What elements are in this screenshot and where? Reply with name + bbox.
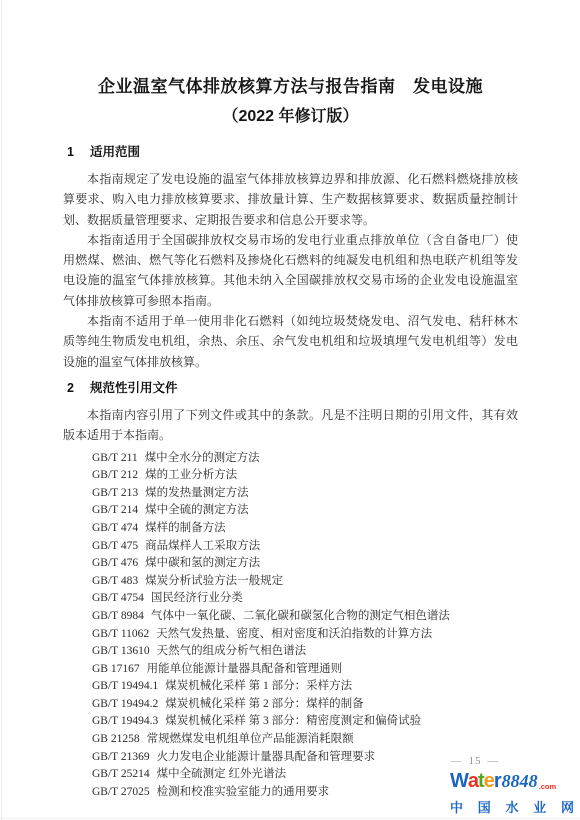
reference-code: GB/T 211	[92, 452, 138, 464]
reference-item: GB/T 11062天然气发热量、密度、相对密度和沃泊指数的计算方法	[92, 626, 518, 644]
page-number-dash-right: —	[488, 755, 500, 767]
reference-code: GB/T 476	[92, 557, 138, 569]
section-2-heading: 2 规范性引用文件	[63, 380, 518, 396]
logo-tld: .com	[539, 776, 557, 797]
section-1-paragraph-2: 本指南适用于全国碳排放权交易市场的发电行业重点排放单位（含自备电厂）使用燃煤、燃…	[63, 230, 518, 311]
logo-letter-r: r	[494, 771, 501, 792]
logo-tagline-char: 业	[533, 797, 546, 816]
reference-code: GB/T 8984	[92, 610, 144, 622]
page-number: —15—	[444, 755, 506, 767]
reference-title: 煤中全水分的测定方法	[145, 452, 260, 464]
reference-code: GB 21258	[92, 733, 140, 745]
reference-item: GB 21258常规燃煤发电机组单位产品能源消耗限额	[92, 731, 518, 749]
document-page: 企业温室气体排放核算方法与报告指南 发电设施 （2022 年修订版） 1 适用范…	[0, 0, 580, 820]
reference-code: GB/T 474	[92, 522, 138, 534]
reference-item: GB/T 211煤中全水分的测定方法	[92, 450, 518, 468]
reference-title: 煤的工业分析方法	[145, 469, 237, 481]
reference-title: 煤炭机械化采样 第 2 部分：煤样的制备	[165, 698, 363, 710]
reference-code: GB/T 11062	[92, 628, 149, 640]
logo-number: 8848	[502, 771, 538, 792]
reference-code: GB/T 27025	[92, 786, 150, 798]
reference-title: 天然气发热量、密度、相对密度和沃泊指数的计算方法	[156, 628, 432, 640]
document-content: 企业温室气体排放核算方法与报告指南 发电设施 （2022 年修订版） 1 适用范…	[63, 0, 518, 801]
logo-wordmark: Water8848.com	[450, 771, 574, 795]
reference-item: GB/T 4754国民经济行业分类	[92, 590, 518, 608]
reference-title: 煤的发热量测定方法	[145, 487, 249, 499]
document-subtitle: （2022 年修订版）	[63, 107, 518, 127]
reference-code: GB/T 475	[92, 540, 138, 552]
section-1-paragraph-3: 本指南不适用于单一使用非化石燃料（如纯垃圾焚烧发电、沼气发电、秸秆林木质等纯生物…	[63, 311, 518, 372]
reference-code: GB/T 4754	[92, 592, 144, 604]
reference-item: GB/T 483煤炭分析试验方法一般规定	[92, 573, 518, 591]
reference-item: GB/T 476煤中碳和氢的测定方法	[92, 555, 518, 573]
reference-item: GB/T 474煤样的制备方法	[92, 520, 518, 538]
reference-code: GB/T 19494.3	[92, 715, 158, 727]
logo-tagline-char: 国	[478, 797, 491, 816]
reference-item: GB/T 19494.2煤炭机械化采样 第 2 部分：煤样的制备	[92, 696, 518, 714]
reference-title: 检测和校准实验室能力的通用要求	[157, 786, 330, 798]
reference-title: 常规燃煤发电机组单位产品能源消耗限额	[147, 733, 354, 745]
section-2-paragraph-1: 本指南内容引用了下列文件或其中的条款。凡是不注明日期的引用文件，其有效版本适用于…	[63, 405, 518, 446]
reference-title: 煤中碳和氢的测定方法	[145, 557, 260, 569]
reference-item: GB/T 19494.1煤炭机械化采样 第 1 部分：采样方法	[92, 678, 518, 696]
page-number-value: 15	[469, 755, 482, 767]
reference-title: 煤炭机械化采样 第 1 部分：采样方法	[165, 680, 352, 692]
logo-tagline-char: 中	[450, 797, 463, 816]
reference-title: 煤样的制备方法	[145, 522, 226, 534]
reference-item: GB/T 475商品煤样人工采取方法	[92, 538, 518, 556]
reference-item: GB/T 213煤的发热量测定方法	[92, 485, 518, 503]
reference-item: GB/T 212煤的工业分析方法	[92, 467, 518, 485]
reference-item: GB/T 214煤中全硫的测定方法	[92, 502, 518, 520]
reference-code: GB/T 21369	[92, 751, 150, 763]
section-1-number: 1	[63, 144, 90, 160]
logo-letter-a: a	[468, 771, 478, 792]
reference-title: 天然气的组成分析气相色谱法	[157, 645, 307, 657]
reference-code: GB/T 212	[92, 469, 138, 481]
reference-code: GB/T 483	[92, 575, 138, 587]
reference-code: GB/T 25214	[92, 768, 150, 780]
reference-code: GB/T 13610	[92, 645, 150, 657]
reference-title: 商品煤样人工采取方法	[145, 540, 260, 552]
reference-title: 气体中一氧化碳、二氧化碳和碳氢化合物的测定气相色谱法	[151, 610, 450, 622]
reference-title: 煤中全硫测定 红外光谱法	[157, 768, 286, 780]
reference-title: 国民经济行业分类	[151, 592, 243, 604]
logo-letter-e: e	[484, 771, 494, 792]
logo-tagline: 中 国 水 业 网	[450, 797, 574, 816]
logo-letter-w: W	[450, 771, 468, 792]
section-2-number: 2	[63, 380, 90, 396]
document-title: 企业温室气体排放核算方法与报告指南 发电设施	[63, 76, 518, 98]
reference-code: GB/T 213	[92, 487, 138, 499]
section-1-heading: 1 适用范围	[63, 144, 518, 160]
section-1-title: 适用范围	[90, 144, 140, 160]
reference-code: GB/T 19494.2	[92, 698, 158, 710]
reference-title: 煤炭机械化采样 第 3 部分：精密度测定和偏倚试验	[165, 715, 421, 727]
reference-title: 用能单位能源计量器具配备和管理通则	[147, 663, 343, 675]
water8848-watermark-logo: Water8848.com 中 国 水 业 网	[450, 771, 574, 816]
reference-item: GB/T 8984气体中一氧化碳、二氧化碳和碳氢化合物的测定气相色谱法	[92, 608, 518, 626]
reference-item: GB/T 13610天然气的组成分析气相色谱法	[92, 643, 518, 661]
references-list: GB/T 211煤中全水分的测定方法 GB/T 212煤的工业分析方法 GB/T…	[63, 450, 518, 802]
reference-item: GB 17167用能单位能源计量器具配备和管理通则	[92, 661, 518, 679]
section-1-paragraph-1: 本指南规定了发电设施的温室气体排放核算边界和排放源、化石燃料燃烧排放核算要求、购…	[63, 169, 518, 230]
section-2-title: 规范性引用文件	[90, 380, 178, 396]
reference-title: 煤炭分析试验方法一般规定	[145, 575, 283, 587]
reference-item: GB/T 19494.3煤炭机械化采样 第 3 部分：精密度测定和偏倚试验	[92, 713, 518, 731]
reference-code: GB 17167	[92, 663, 140, 675]
reference-title: 煤中全硫的测定方法	[145, 504, 249, 516]
page-number-dash-left: —	[451, 755, 463, 767]
reference-title: 火力发电企业能源计量器具配备和管理要求	[157, 751, 376, 763]
reference-code: GB/T 214	[92, 504, 138, 516]
logo-tagline-char: 水	[505, 797, 518, 816]
reference-code: GB/T 19494.1	[92, 680, 158, 692]
logo-tagline-char: 网	[561, 797, 574, 816]
